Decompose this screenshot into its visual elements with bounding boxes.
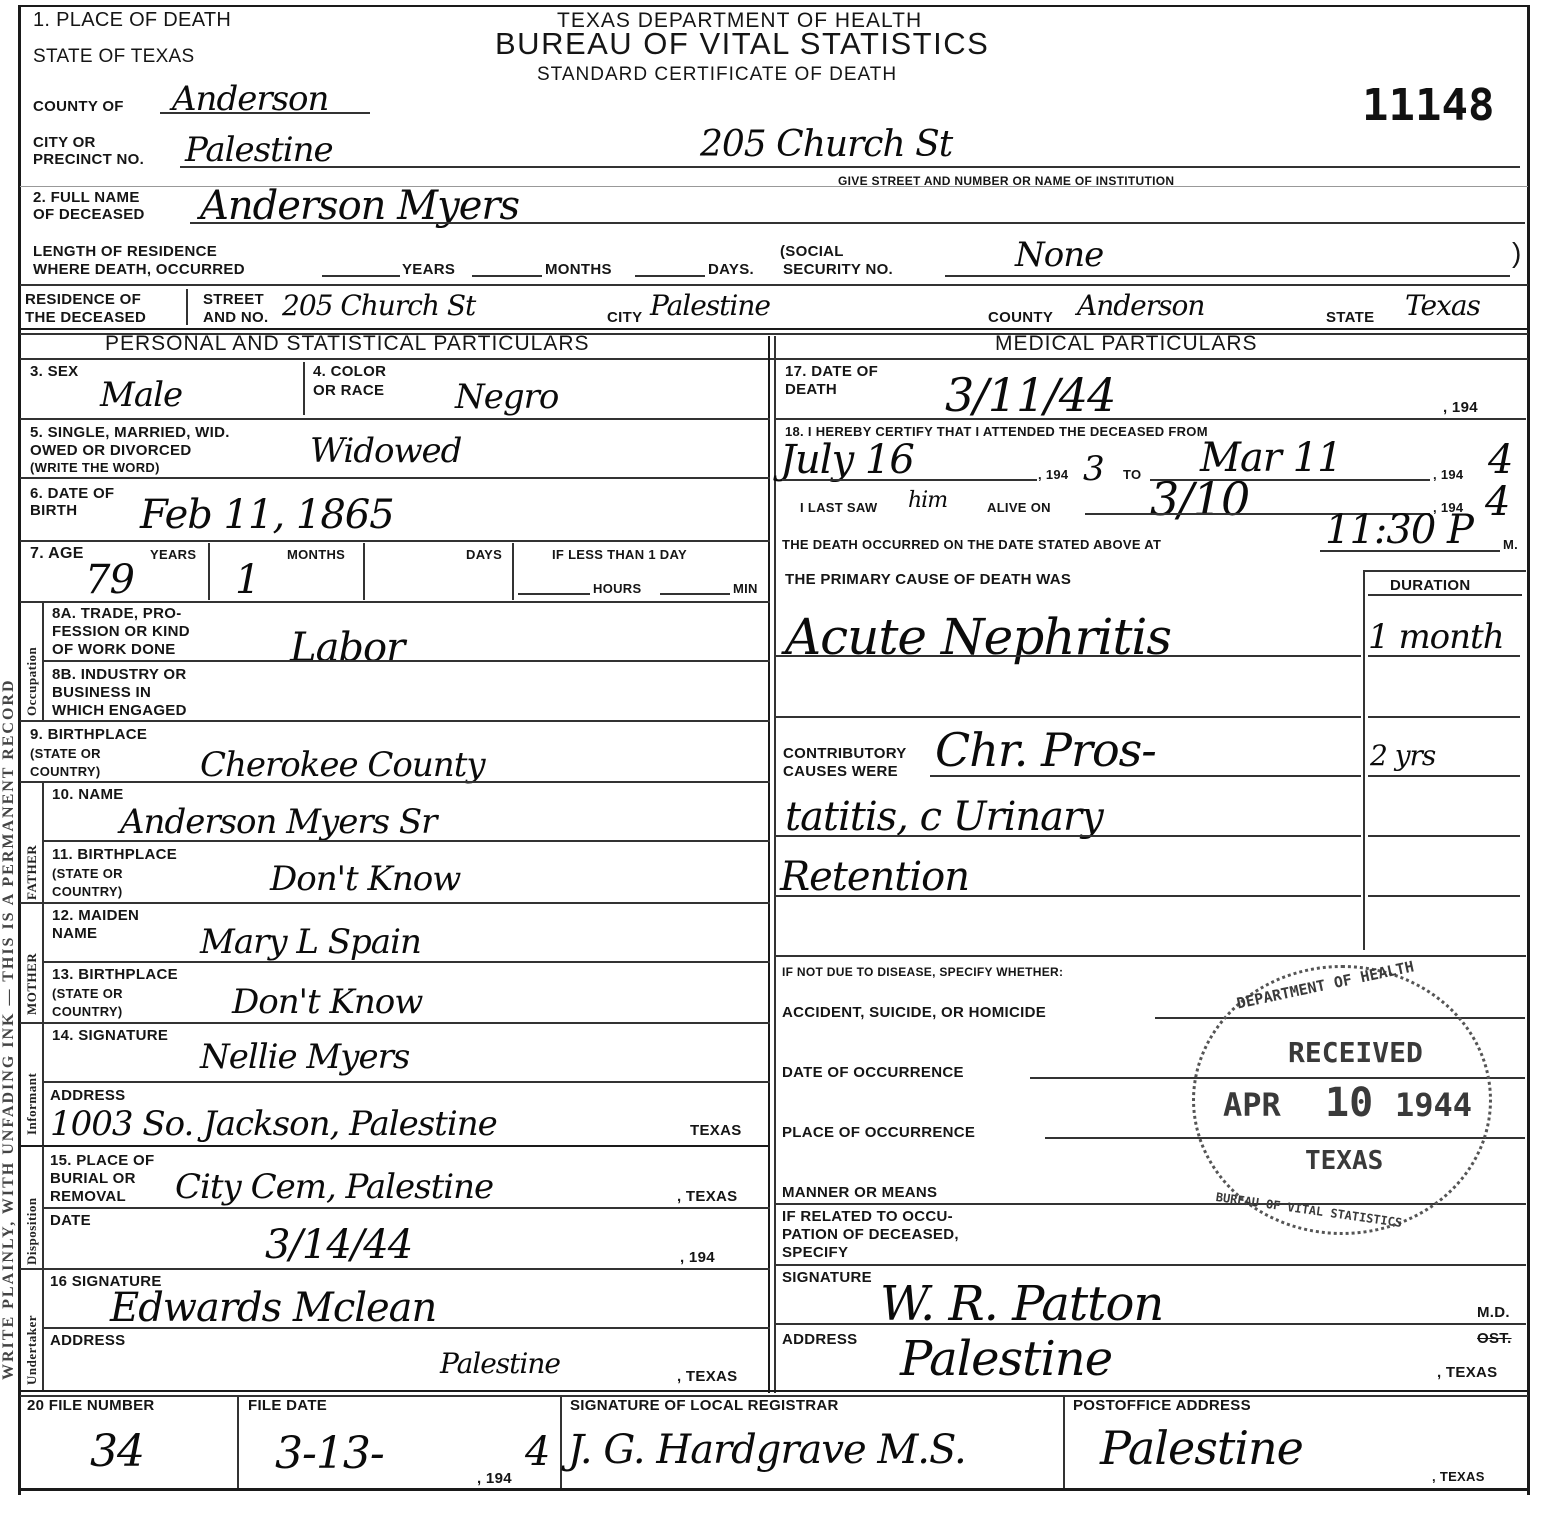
contributory-label-2: CAUSES WERE <box>783 763 898 780</box>
from-underline <box>782 479 1037 481</box>
form-title: STANDARD CERTIFICATE OF DEATH <box>537 66 897 83</box>
burial-year-suffix: , 194 <box>680 1249 715 1266</box>
informant-state: TEXAS <box>690 1122 742 1139</box>
divider <box>512 543 514 600</box>
divider <box>20 477 770 479</box>
last-saw-pronoun: him <box>908 490 947 512</box>
city-value: Palestine <box>185 133 333 167</box>
marital-label-1: 5. SINGLE, MARRIED, WID. <box>30 424 230 441</box>
divider <box>42 1023 44 1145</box>
father-bp-label-1: 11. BIRTHPLACE <box>52 846 177 863</box>
dob-label-1: 6. DATE OF <box>30 485 114 502</box>
form-top-border <box>18 5 1530 7</box>
dob-label-2: BIRTH <box>30 502 77 519</box>
days-blank <box>635 275 705 277</box>
burial-state: , TEXAS <box>677 1188 737 1205</box>
dod-label-1: 17. DATE OF <box>785 363 878 380</box>
divider <box>20 902 770 904</box>
divider <box>303 362 305 415</box>
accident-label: ACCIDENT, SUICIDE, OR HOMICIDE <box>782 1004 1046 1021</box>
place-street-value: 205 Church St <box>700 127 952 163</box>
sex-label: 3. SEX <box>30 363 79 380</box>
mother-name-label-2: NAME <box>52 925 97 942</box>
place-of-death-label: 1. PLACE OF DEATH <box>33 12 231 29</box>
divider <box>20 781 770 783</box>
father-bp-label-3: COUNTRY) <box>52 884 123 899</box>
divider <box>776 955 1526 957</box>
file-date-label: FILE DATE <box>248 1397 327 1414</box>
divider <box>20 720 770 722</box>
race-label-2: OR RACE <box>313 382 384 399</box>
stamp-month: APR <box>1223 1086 1281 1124</box>
contributory-line-2: tatitis, c Urinary <box>785 797 1103 837</box>
margin-instructions: WRITE PLAINLY, WITH UNFADING INK — THIS … <box>0 678 18 1380</box>
footer-top-line <box>20 1390 1528 1392</box>
residence-label-2: THE DECEASED <box>25 309 146 326</box>
full-name-label-1: 2. FULL NAME <box>33 189 140 206</box>
residence-city-label: CITY <box>607 309 642 326</box>
stamp-arc-bottom: BUREAU OF VITAL STATISTICS <box>1215 1190 1403 1230</box>
last-saw-label-1: I LAST SAW <box>800 500 877 515</box>
street-label-2: AND NO. <box>203 309 268 326</box>
divider <box>42 840 770 842</box>
race-label-1: 4. COLOR <box>313 363 386 380</box>
residence-state-label: STATE <box>1326 309 1374 326</box>
duration-line-5 <box>1368 895 1520 897</box>
duration-line-1 <box>1368 655 1520 657</box>
age-min-label: MIN <box>733 581 758 596</box>
contributory-label-1: CONTRIBUTORY <box>783 745 907 762</box>
county-of-label: COUNTY OF <box>33 98 124 115</box>
to-label: TO <box>1123 467 1141 482</box>
divider <box>42 660 770 662</box>
file-date-year-prefix: , 194 <box>477 1470 512 1487</box>
dod-year-suffix: , 194 <box>1443 399 1478 416</box>
age-hours-label: HOURS <box>593 581 641 596</box>
age-label: 7. AGE <box>30 545 84 562</box>
residence-length-label-2: WHERE DEATH, OCCURRED <box>33 261 245 278</box>
days-label: DAYS. <box>708 261 754 278</box>
state-of-texas-label: STATE OF TEXAS <box>33 48 195 65</box>
registrar-value: J. G. Hardgrave M.S. <box>568 1430 966 1470</box>
file-number-label: 20 FILE NUMBER <box>27 1397 155 1414</box>
dod-value: 3/11/44 <box>945 372 1115 418</box>
physician-addr-label: ADDRESS <box>782 1331 857 1348</box>
physician-sig-label: SIGNATURE <box>782 1269 872 1286</box>
duration-divider <box>1363 570 1365 950</box>
contributory-line-3: Retention <box>780 857 969 897</box>
duration-line-2 <box>1368 716 1520 718</box>
months-label: MONTHS <box>545 261 612 278</box>
burial-label-2: BURIAL OR <box>50 1170 136 1187</box>
min-blank <box>660 593 730 595</box>
mother-name-value: Mary L Spain <box>200 925 421 959</box>
age-years-value: 79 <box>85 560 134 600</box>
stamp-arc-top: DEPARTMENT OF HEALTH <box>1235 957 1415 1012</box>
full-name-label-2: OF DECEASED <box>33 206 145 223</box>
city-label-2: PRECINCT NO. <box>33 151 144 168</box>
industry-label-3: WHICH ENGAGED <box>52 702 187 719</box>
divider <box>20 540 770 542</box>
dod-label-2: DEATH <box>785 381 837 398</box>
mother-bp-label-3: COUNTRY) <box>52 1004 123 1019</box>
physician-state: , TEXAS <box>1437 1364 1497 1381</box>
informant-sig-label: 14. SIGNATURE <box>52 1027 168 1044</box>
divider <box>42 1207 770 1209</box>
informant-addr-value: 1003 So. Jackson, Palestine <box>50 1107 497 1141</box>
section-divider <box>20 328 1528 330</box>
undertaker-side-label: Undertaker <box>24 1315 40 1385</box>
file-date-value: 3-13- <box>275 1432 384 1476</box>
burial-date-label: DATE <box>50 1212 91 1229</box>
duration-line-3 <box>1368 775 1520 777</box>
residence-length-label-1: LENGTH OF RESIDENCE <box>33 243 217 260</box>
mother-name-label-1: 12. MAIDEN <box>52 907 139 924</box>
physician-addr-value: Palestine <box>900 1335 1112 1383</box>
postoffice-label: POSTOFFICE ADDRESS <box>1073 1397 1251 1414</box>
birthplace-label-2: (STATE OR <box>30 746 101 761</box>
duration-header-line <box>1368 594 1522 596</box>
mother-bp-label-2: (STATE OR <box>52 986 123 1001</box>
burial-date-value: 3/14/44 <box>265 1225 412 1265</box>
trade-label-3: OF WORK DONE <box>52 641 176 658</box>
divider <box>20 1145 770 1147</box>
contributory-line-1: Chr. Pros- <box>935 727 1156 773</box>
trade-label-2: FESSION OR KIND <box>52 623 190 640</box>
medical-section-title: MEDICAL PARTICULARS <box>995 335 1258 352</box>
father-side-label: FATHER <box>24 845 40 900</box>
occupation-related-label-3: SPECIFY <box>782 1244 848 1261</box>
race-value: Negro <box>455 380 558 414</box>
residence-label-1: RESIDENCE OF <box>25 291 141 308</box>
age-less-label: IF LESS THAN 1 DAY <box>552 547 687 562</box>
divider <box>1063 1396 1065 1491</box>
cause-line-3 <box>930 775 1361 777</box>
divider <box>42 1269 44 1391</box>
undertaker-sig-value: Edwards Mclean <box>110 1288 436 1328</box>
divider <box>186 289 188 325</box>
street-label-1: STREET <box>203 291 264 308</box>
occupation-related-label-2: PATION OF DECEASED, <box>782 1226 959 1243</box>
certificate-number: 11148 <box>1362 80 1494 131</box>
center-divider-2 <box>774 336 776 1393</box>
manner-label: MANNER OR MEANS <box>782 1184 937 1201</box>
file-date-year: 4 <box>525 1432 549 1472</box>
death-time-suffix: M. <box>1503 537 1518 552</box>
divider <box>42 1081 770 1083</box>
divider <box>20 418 770 420</box>
stamp-year: 1944 <box>1395 1086 1472 1124</box>
birthplace-value: Cherokee County <box>200 748 485 782</box>
mother-bp-label-1: 13. BIRTHPLACE <box>52 966 178 983</box>
marital-label-2: OWED OR DIVORCED <box>30 442 191 459</box>
informant-addr-label: ADDRESS <box>50 1087 125 1104</box>
cause-line-5 <box>776 895 1361 897</box>
ssn-underline <box>945 275 1510 277</box>
attended-to-year-prefix: , 194 <box>1433 467 1463 482</box>
age-years-label: YEARS <box>150 547 196 562</box>
last-saw-value: 3/10 <box>1150 476 1249 522</box>
residence-street-value: 205 Church St <box>282 292 475 320</box>
file-number-value: 34 <box>90 1430 144 1474</box>
father-name-label: 10. NAME <box>52 786 124 803</box>
registrar-label: SIGNATURE OF LOCAL REGISTRAR <box>570 1397 839 1414</box>
city-underline <box>180 166 1520 168</box>
duration-top <box>1364 570 1526 572</box>
stamp-state: TEXAS <box>1305 1146 1383 1176</box>
ssn-close-paren: ) <box>1512 244 1522 261</box>
divider <box>42 1327 770 1329</box>
stamp-received: RECEIVED <box>1288 1036 1423 1069</box>
divider <box>560 1396 562 1491</box>
county-underline <box>160 112 370 114</box>
md-suffix: M.D. <box>1477 1304 1510 1321</box>
sex-value: Male <box>100 378 182 412</box>
not-disease-label: IF NOT DUE TO DISEASE, SPECIFY WHETHER: <box>782 965 1063 979</box>
attended-from-year: 3 <box>1083 452 1104 486</box>
burial-label-1: 15. PLACE OF <box>50 1152 154 1169</box>
divider <box>237 1396 239 1491</box>
trade-label-1: 8A. TRADE, PRO- <box>52 605 182 622</box>
form-left-border <box>18 5 21 1495</box>
deceased-name-value: Anderson Myers <box>200 186 519 226</box>
form-right-border <box>1527 5 1530 1495</box>
months-blank <box>472 275 542 277</box>
ssn-label-2: SECURITY NO. <box>783 261 893 278</box>
divider <box>776 1323 1526 1325</box>
undertaker-addr-label: ADDRESS <box>50 1332 125 1349</box>
divider <box>20 284 1528 286</box>
dob-value: Feb 11, 1865 <box>140 495 394 535</box>
informant-sig-value: Nellie Myers <box>200 1040 409 1074</box>
divider <box>20 601 770 603</box>
name-underline <box>190 222 1525 224</box>
divider <box>42 961 770 963</box>
stamp-day: 10 <box>1325 1080 1373 1126</box>
divider <box>42 903 44 1023</box>
divider <box>42 782 44 902</box>
occupation-side-label: Occupation <box>24 647 40 716</box>
residence-county-value: Anderson <box>1077 292 1204 320</box>
death-time-underline <box>1320 550 1500 552</box>
mother-side-label: MOTHER <box>24 953 40 1015</box>
father-bp-value: Don't Know <box>270 862 460 896</box>
hours-blank <box>518 593 590 595</box>
father-bp-label-2: (STATE OR <box>52 866 123 881</box>
cause-line-2 <box>776 716 1361 718</box>
informant-side-label: Informant <box>24 1073 40 1135</box>
cause-line-4 <box>776 835 1361 837</box>
mother-bp-value: Don't Know <box>232 985 422 1019</box>
death-time-label: THE DEATH OCCURRED ON THE DATE STATED AB… <box>782 537 1161 552</box>
ssn-value: None <box>1015 238 1103 272</box>
divider <box>776 1264 1526 1266</box>
divider <box>20 1268 770 1270</box>
father-name-value: Anderson Myers Sr <box>120 805 436 839</box>
residence-state-value: Texas <box>1405 292 1480 320</box>
undertaker-state: , TEXAS <box>677 1368 737 1385</box>
attended-to-year: 4 <box>1488 440 1512 480</box>
duration-label: DURATION <box>1390 577 1470 594</box>
marital-label-3: (WRITE THE WORD) <box>30 460 160 475</box>
years-blank <box>322 275 400 277</box>
years-label: YEARS <box>402 261 455 278</box>
other-suffix: OST. <box>1477 1330 1512 1347</box>
divider <box>208 543 210 600</box>
divider <box>776 418 1526 420</box>
occurrence-place-label: PLACE OF OCCURRENCE <box>782 1124 975 1141</box>
disposition-side-label: Disposition <box>24 1197 40 1265</box>
last-saw-year: 4 <box>1485 482 1509 522</box>
undertaker-addr-value: Palestine <box>440 1350 560 1378</box>
personal-section-title: PERSONAL AND STATISTICAL PARTICULARS <box>105 335 590 352</box>
attended-from: July 16 <box>780 440 914 480</box>
burial-label-3: REMOVAL <box>50 1188 126 1205</box>
death-time-value: 11:30 P <box>1325 510 1473 550</box>
county-value: Anderson <box>172 82 328 116</box>
ssn-label-1: (SOCIAL <box>780 243 844 260</box>
physician-sig-value: W. R. Patton <box>880 1280 1163 1328</box>
received-stamp: DEPARTMENT OF HEALTH RECEIVED APR 10 194… <box>1192 965 1492 1235</box>
city-label-1: CITY OR <box>33 134 96 151</box>
birthplace-label-3: COUNTRY) <box>30 764 101 779</box>
occurrence-date-label: DATE OF OCCURRENCE <box>782 1064 964 1081</box>
residence-city-value: Palestine <box>650 292 770 320</box>
birthplace-label-1: 9. BIRTHPLACE <box>30 726 147 743</box>
last-saw-label-2: ALIVE ON <box>987 500 1051 515</box>
trade-value: Labor <box>290 628 404 668</box>
postoffice-state: , TEXAS <box>1432 1469 1485 1484</box>
industry-label-2: BUSINESS IN <box>52 684 151 701</box>
duration-line-4 <box>1368 835 1520 837</box>
divider <box>20 1022 770 1024</box>
postoffice-value: Palestine <box>1100 1425 1303 1471</box>
cause-line-1 <box>776 655 1361 657</box>
contributory-duration: 2 yrs <box>1370 742 1435 770</box>
occupation-related-label-1: IF RELATED TO OCCU- <box>782 1208 953 1225</box>
marital-value: Widowed <box>310 434 461 468</box>
divider <box>363 543 365 600</box>
form-bottom-border <box>18 1488 1530 1491</box>
attended-from-year-prefix: , 194 <box>1038 467 1068 482</box>
residence-county-label: COUNTY <box>988 309 1053 326</box>
industry-label-1: 8B. INDUSTRY OR <box>52 666 187 683</box>
center-divider <box>768 336 770 1393</box>
bureau-title: BUREAU OF VITAL STATISTICS <box>495 35 989 52</box>
age-months-label: MONTHS <box>287 547 345 562</box>
primary-duration-value: 1 month <box>1368 620 1504 654</box>
age-months-value: 1 <box>235 560 259 600</box>
age-days-label: DAYS <box>466 547 502 562</box>
primary-cause-label: THE PRIMARY CAUSE OF DEATH WAS <box>785 571 1071 588</box>
burial-value: City Cem, Palestine <box>175 1170 493 1204</box>
